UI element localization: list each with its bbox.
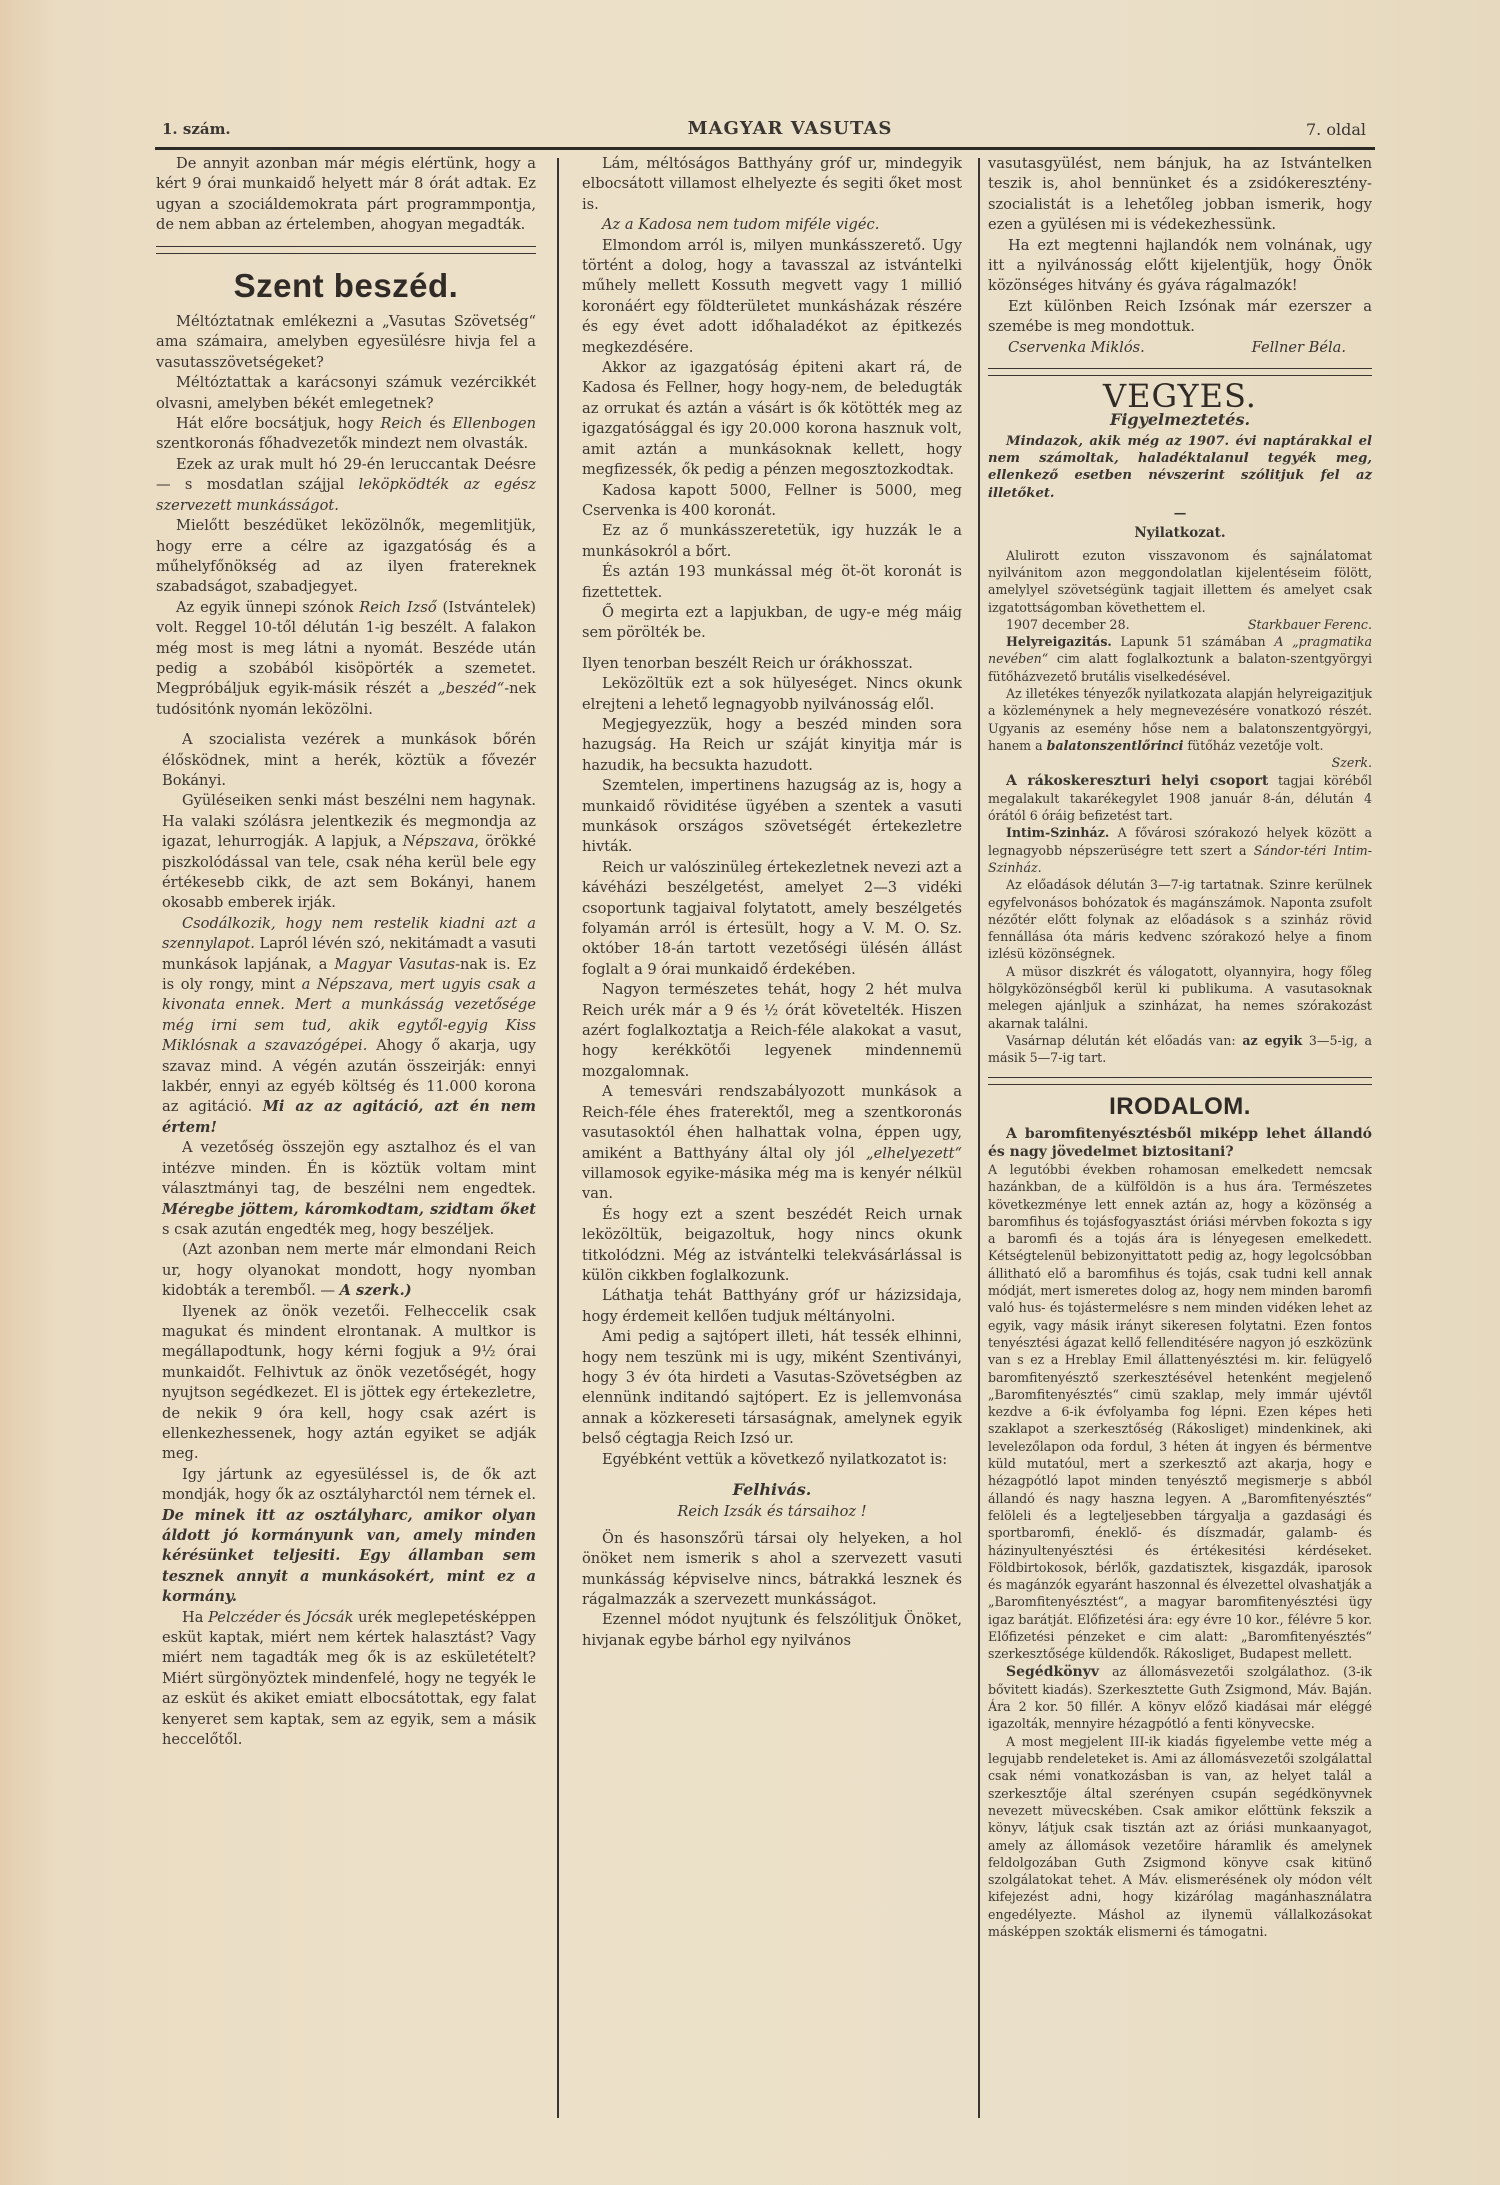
paragraph: Megjegyezzük, hogy a beszéd minden sora … [582, 715, 962, 776]
nyilatkozat-signature: Starkbauer Ferenc. [1248, 616, 1372, 633]
paragraph: A temesvári rendszabályozott munkások a … [582, 1082, 962, 1204]
column-right: vasutasgyülést, nem bánjuk, ha az István… [988, 154, 1372, 1940]
paragraph: Gyüléseiken senki mást beszélni nem hagy… [162, 791, 536, 913]
paragraph: Méltóztatnak emlékezni a „Vasutas Szövet… [156, 312, 536, 373]
section-rule [988, 368, 1372, 376]
newspaper-title: MAGYAR VASUTAS [688, 118, 893, 139]
paragraph: Ezt különben Reich Izsónak már ezerszer … [988, 297, 1372, 338]
paragraph: Az illetékes tényezők nyilatkozata alapj… [988, 685, 1372, 754]
paragraph: Intim-Szinház. A fővárosi szórakozó hely… [988, 824, 1372, 876]
figyelmeztetes-text: Mindazok, akik még az 1907. évi naptárak… [988, 433, 1372, 502]
page-number: 7. oldal [1306, 120, 1366, 139]
paragraph: Vasárnap délután két előadás van: az egy… [988, 1032, 1372, 1067]
paragraph: Igy jártunk az egyesüléssel is, de ők az… [162, 1465, 536, 1608]
paragraph: Akkor az igazgatóság épiteni akart rá, d… [582, 358, 962, 480]
editor-note: (Azt azonban nem merte már elmondani Rei… [162, 1240, 536, 1301]
paragraph: A legutóbbi években rohamosan emelkedett… [988, 1161, 1372, 1663]
nyilatkozat-dateline: 1907 december 28. Starkbauer Ferenc. [988, 616, 1372, 633]
paragraph: Ezek az urak mult hó 29-én leruccantak D… [156, 455, 536, 516]
quoted-speech: A szocialista vezérek a munkások bőrén é… [156, 730, 536, 1750]
paragraph: Szemtelen, impertinens hazugság az is, h… [582, 776, 962, 858]
paragraph: Reich ur valószinüleg értekezletnek neve… [582, 858, 962, 980]
paragraph: Ezennel módot nyujtunk és felszólitjuk Ö… [582, 1610, 962, 1651]
paragraph: Alulirott ezuton visszavonom és sajnálat… [988, 547, 1372, 616]
section-title-vegyes: VEGYES. [988, 386, 1372, 406]
section-rule [156, 246, 536, 254]
signature-fellner: Fellner Béla. [1252, 338, 1346, 358]
paragraph: Leközöltük ezt a sok hülyeséget. Nincs o… [582, 674, 962, 715]
baromfi-headline: A baromfitenyésztésből miképp lehet álla… [988, 1125, 1372, 1161]
felhivas-subtitle: Reich Izsák és társaihoz ! [582, 1502, 962, 1522]
column-left: De annyit azonban már mégis elértünk, ho… [156, 154, 536, 1750]
paragraph: A szocialista vezérek a munkások bőrén é… [162, 730, 536, 791]
newspaper-page: 1. szám. MAGYAR VASUTAS 7. oldal De anny… [0, 0, 1500, 2185]
paragraph: A vezetőség összejön egy asztalhoz és el… [162, 1138, 536, 1240]
paragraph: Az előadások délután 3—7-ig tartatnak. S… [988, 876, 1372, 962]
paragraph: Elmondom arról is, milyen munkásszerető.… [582, 236, 962, 358]
section-rule [988, 1077, 1372, 1085]
paragraph: Láthatja tehát Batthyány gróf ur házizsi… [582, 1286, 962, 1327]
felhivas-title: Felhivás. [582, 1480, 962, 1500]
paragraph: Csodálkozik, hogy nem restelik kiadni az… [162, 914, 536, 1138]
paragraph: És aztán 193 munkással még öt-öt koronát… [582, 562, 962, 603]
paragraph: Lám, méltóságos Batthyány gróf ur, minde… [582, 154, 962, 215]
paragraph: Ön és hasonszőrü társai oly helyeken, a … [582, 1529, 962, 1611]
editor-signature: Szerk. [988, 754, 1372, 771]
paragraph: Ha Pelczéder és Jócsák urék meglepetéské… [162, 1608, 536, 1751]
intro-paragraph: De annyit azonban már mégis elértünk, ho… [156, 154, 536, 236]
paragraph: Az egyik ünnepi szónok Reich Izső (Istvá… [156, 598, 536, 720]
paragraph: Segédkönyv az állomásvezetői szolgálatho… [988, 1663, 1372, 1733]
header-rule [155, 147, 1375, 150]
paragraph: Kadosa kapott 5000, Fellner is 5000, meg… [582, 481, 962, 522]
paragraph: Ilyenek az önök vezetői. Felheccelik csa… [162, 1302, 536, 1465]
paragraph: Hát előre bocsátjuk, hogy Reich és Ellen… [156, 414, 536, 455]
paragraph: Ez az ő munkásszeretetük, igy huzzák le … [582, 521, 962, 562]
issue-number: 1. szám. [162, 120, 231, 138]
paragraph: Méltóztattak a karácsonyi számuk vezérci… [156, 373, 536, 414]
paragraph: És hogy ezt a szent beszédét Reich urnak… [582, 1205, 962, 1287]
paragraph: vasutasgyülést, nem bánjuk, ha az István… [988, 154, 1372, 236]
page-header: 1. szám. MAGYAR VASUTAS 7. oldal [160, 118, 1370, 146]
separator-dash: — [988, 504, 1372, 521]
paragraph: Mielőtt beszédüket leközölnők, megemlitj… [156, 516, 536, 598]
signatures: Cservenka Miklós. Fellner Béla. [988, 338, 1372, 358]
paragraph: Ilyen tenorban beszélt Reich ur órákhoss… [582, 654, 962, 674]
paragraph: A most megjelent III-ik kiadás figyelemb… [988, 1733, 1372, 1941]
section-title-irodalom: IRODALOM. [988, 1097, 1372, 1117]
paragraph: Ha ezt megtenni hajlandók nem volnának, … [988, 236, 1372, 297]
figyelmeztetes-title: Figyelmeztetés. [988, 410, 1372, 430]
paragraph: A müsor diszkrét és válogatott, olyannyi… [988, 963, 1372, 1032]
nyilatkozat-date: 1907 december 28. [1006, 616, 1130, 633]
paragraph: Ő megirta ezt a lapjukban, de ugy-e még … [582, 603, 962, 644]
column-middle: Lám, méltóságos Batthyány gróf ur, minde… [582, 154, 962, 1651]
signature-cservenka: Cservenka Miklós. [1008, 338, 1145, 358]
paragraph: A rákoskereszturi helyi csoport tagjai k… [988, 772, 1372, 825]
article-title: Szent beszéd. [156, 276, 536, 296]
paragraph: Helyreigazitás. Lapunk 51 számában A „pr… [988, 633, 1372, 685]
paragraph: Az a Kadosa nem tudom miféle vigéc. [582, 215, 962, 235]
nyilatkozat-title: Nyilatkozat. [988, 525, 1372, 542]
column-divider [978, 158, 980, 2118]
column-divider [557, 158, 559, 2118]
paragraph: Egyébként vettük a következő nyilatkozat… [582, 1450, 962, 1470]
paragraph: Nagyon természetes tehát, hogy 2 hét mul… [582, 980, 962, 1082]
paragraph: Ami pedig a sajtópert illeti, hát tessék… [582, 1327, 962, 1449]
